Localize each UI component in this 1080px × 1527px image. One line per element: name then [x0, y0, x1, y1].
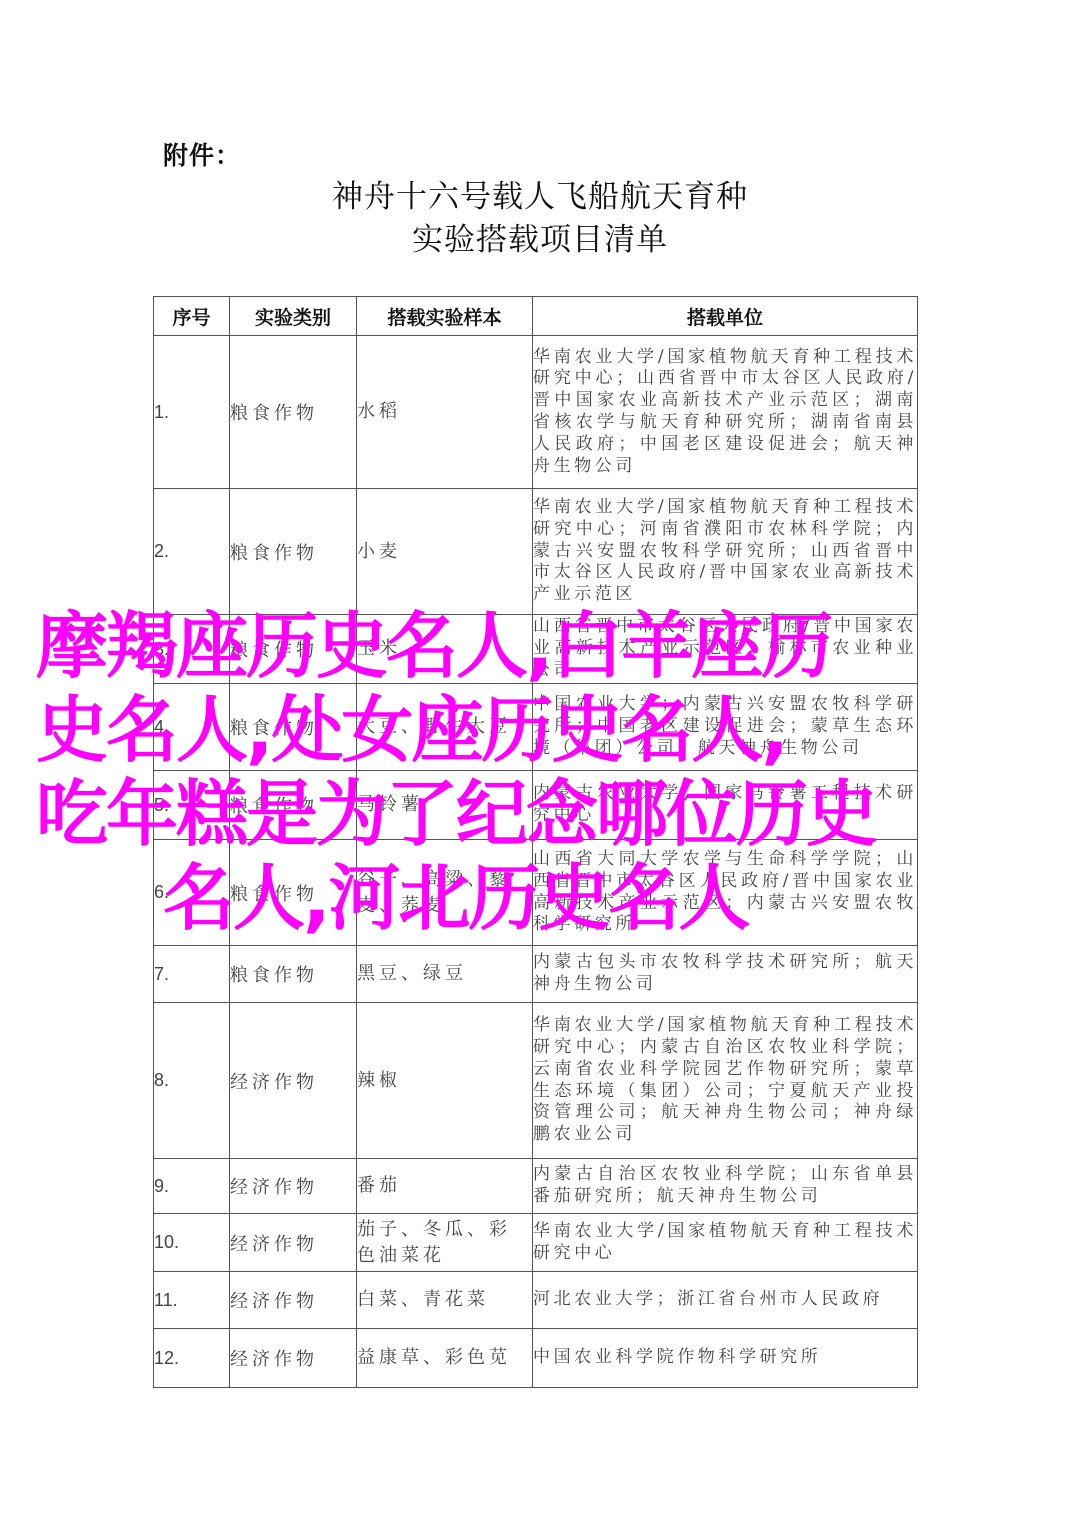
table-row: 6.粮食作物谷子、高粱、藜麦、荞麦山西省大同大学农学与生命科学学院；山西省晋中市…: [154, 840, 918, 946]
cell-no: 5.: [154, 771, 230, 840]
payload-items-table: 序号 实验类别 搭载实验样本 搭载单位 1.粮食作物水稻华南农业大学/国家植物航…: [153, 296, 918, 1388]
cell-no: 10.: [154, 1214, 230, 1272]
cell-sample: 马铃薯: [357, 771, 533, 840]
cell-category: 经济作物: [230, 1272, 357, 1329]
document-title-line1: 神舟十六号载人飞船航天育种: [0, 171, 1080, 216]
cell-no: 9.: [154, 1159, 230, 1214]
document-title-line2: 实验搭载项目清单: [0, 214, 1080, 259]
cell-unit: 河北农业大学；浙江省台州市人民政府: [533, 1272, 918, 1329]
cell-no: 1.: [154, 336, 230, 489]
cell-no: 6.: [154, 840, 230, 946]
cell-sample: 茄子、冬瓜、彩色油菜花: [357, 1214, 533, 1272]
cell-unit: 华南农业大学/国家植物航天育种工程技术研究中心；河南省濮阳市农林科学院；内蒙古兴…: [533, 489, 918, 615]
cell-category: 经济作物: [230, 1214, 357, 1272]
cell-sample: 大豆、野生大豆: [357, 684, 533, 771]
table-row: 1.粮食作物水稻华南农业大学/国家植物航天育种工程技术研究中心；山西省晋中市太谷…: [154, 336, 918, 489]
table-row: 5.粮食作物马铃薯内蒙古农业大学；国家马铃薯工程技术研究中心: [154, 771, 918, 840]
cell-sample: 谷子、高粱、藜麦、荞麦: [357, 840, 533, 946]
cell-sample: 玉米: [357, 615, 533, 684]
table-row: 12.经济作物益康草、彩色苋中国农业科学院作物科学研究所: [154, 1329, 918, 1388]
cell-unit: 内蒙古农业大学；国家马铃薯工程技术研究中心: [533, 771, 918, 840]
cell-no: 12.: [154, 1329, 230, 1388]
cell-sample: 水稻: [357, 336, 533, 489]
header-category: 实验类别: [230, 297, 357, 336]
cell-no: 11.: [154, 1272, 230, 1329]
header-sample: 搭载实验样本: [357, 297, 533, 336]
cell-sample: 小麦: [357, 489, 533, 615]
cell-unit: 山西省大同大学农学与生命科学学院；山西省晋中市太谷区人民政府/晋中国家农业高新技…: [533, 840, 918, 946]
table-row: 9.经济作物番茄内蒙古自治区农牧业科学院；山东省单县番茄研究所；航天神舟生物公司: [154, 1159, 918, 1214]
cell-no: 4.: [154, 684, 230, 771]
cell-unit: 中国农业科学院作物科学研究所: [533, 1329, 918, 1388]
cell-category: 粮食作物: [230, 489, 357, 615]
cell-no: 7.: [154, 946, 230, 1003]
cell-unit: 内蒙古包头市农牧科学技术研究所；航天神舟生物公司: [533, 946, 918, 1003]
table-row: 2.粮食作物小麦华南农业大学/国家植物航天育种工程技术研究中心；河南省濮阳市农林…: [154, 489, 918, 615]
cell-no: 2.: [154, 489, 230, 615]
table-row: 3.粮食作物玉米山西省晋中市太谷区人民政府/晋中国家农业高新技术产业示范区；榆林…: [154, 615, 918, 684]
cell-category: 粮食作物: [230, 840, 357, 946]
cell-unit: 华南农业大学/国家植物航天育种工程技术研究中心: [533, 1214, 918, 1272]
cell-category: 经济作物: [230, 1329, 357, 1388]
cell-no: 3.: [154, 615, 230, 684]
cell-sample: 白菜、青花菜: [357, 1272, 533, 1329]
cell-category: 粮食作物: [230, 946, 357, 1003]
cell-category: 粮食作物: [230, 615, 357, 684]
table-row: 8.经济作物辣椒华南农业大学/国家植物航天育种工程技术研究中心；内蒙古自治区农牧…: [154, 1003, 918, 1159]
cell-no: 8.: [154, 1003, 230, 1159]
cell-category: 粮食作物: [230, 771, 357, 840]
cell-sample: 益康草、彩色苋: [357, 1329, 533, 1388]
cell-unit: 华南农业大学/国家植物航天育种工程技术研究中心；内蒙古自治区农牧业科学院；云南省…: [533, 1003, 918, 1159]
cell-category: 经济作物: [230, 1003, 357, 1159]
header-unit: 搭载单位: [533, 297, 918, 336]
cell-unit: 中国农业大学；内蒙古兴安盟农牧科学研究所；中国老区建设促进会；蒙草生态环境（集团…: [533, 684, 918, 771]
cell-sample: 番茄: [357, 1159, 533, 1214]
cell-unit: 内蒙古自治区农牧业科学院；山东省单县番茄研究所；航天神舟生物公司: [533, 1159, 918, 1214]
table-row: 11.经济作物白菜、青花菜河北农业大学；浙江省台州市人民政府: [154, 1272, 918, 1329]
attachment-label: 附件：: [163, 136, 241, 172]
cell-unit: 山西省晋中市太谷区人民政府/晋中国家农业高新技术产业示范区；榆林市农业种业公司: [533, 615, 918, 684]
cell-sample: 辣椒: [357, 1003, 533, 1159]
cell-unit: 华南农业大学/国家植物航天育种工程技术研究中心；山西省晋中市太谷区人民政府/晋中…: [533, 336, 918, 489]
cell-category: 粮食作物: [230, 336, 357, 489]
cell-sample: 黑豆、绿豆: [357, 946, 533, 1003]
table-header-row: 序号 实验类别 搭载实验样本 搭载单位: [154, 297, 918, 336]
cell-category: 经济作物: [230, 1159, 357, 1214]
table-row: 4.粮食作物大豆、野生大豆中国农业大学；内蒙古兴安盟农牧科学研究所；中国老区建设…: [154, 684, 918, 771]
header-no: 序号: [154, 297, 230, 336]
table-row: 7.粮食作物黑豆、绿豆内蒙古包头市农牧科学技术研究所；航天神舟生物公司: [154, 946, 918, 1003]
table-row: 10.经济作物茄子、冬瓜、彩色油菜花华南农业大学/国家植物航天育种工程技术研究中…: [154, 1214, 918, 1272]
cell-category: 粮食作物: [230, 684, 357, 771]
